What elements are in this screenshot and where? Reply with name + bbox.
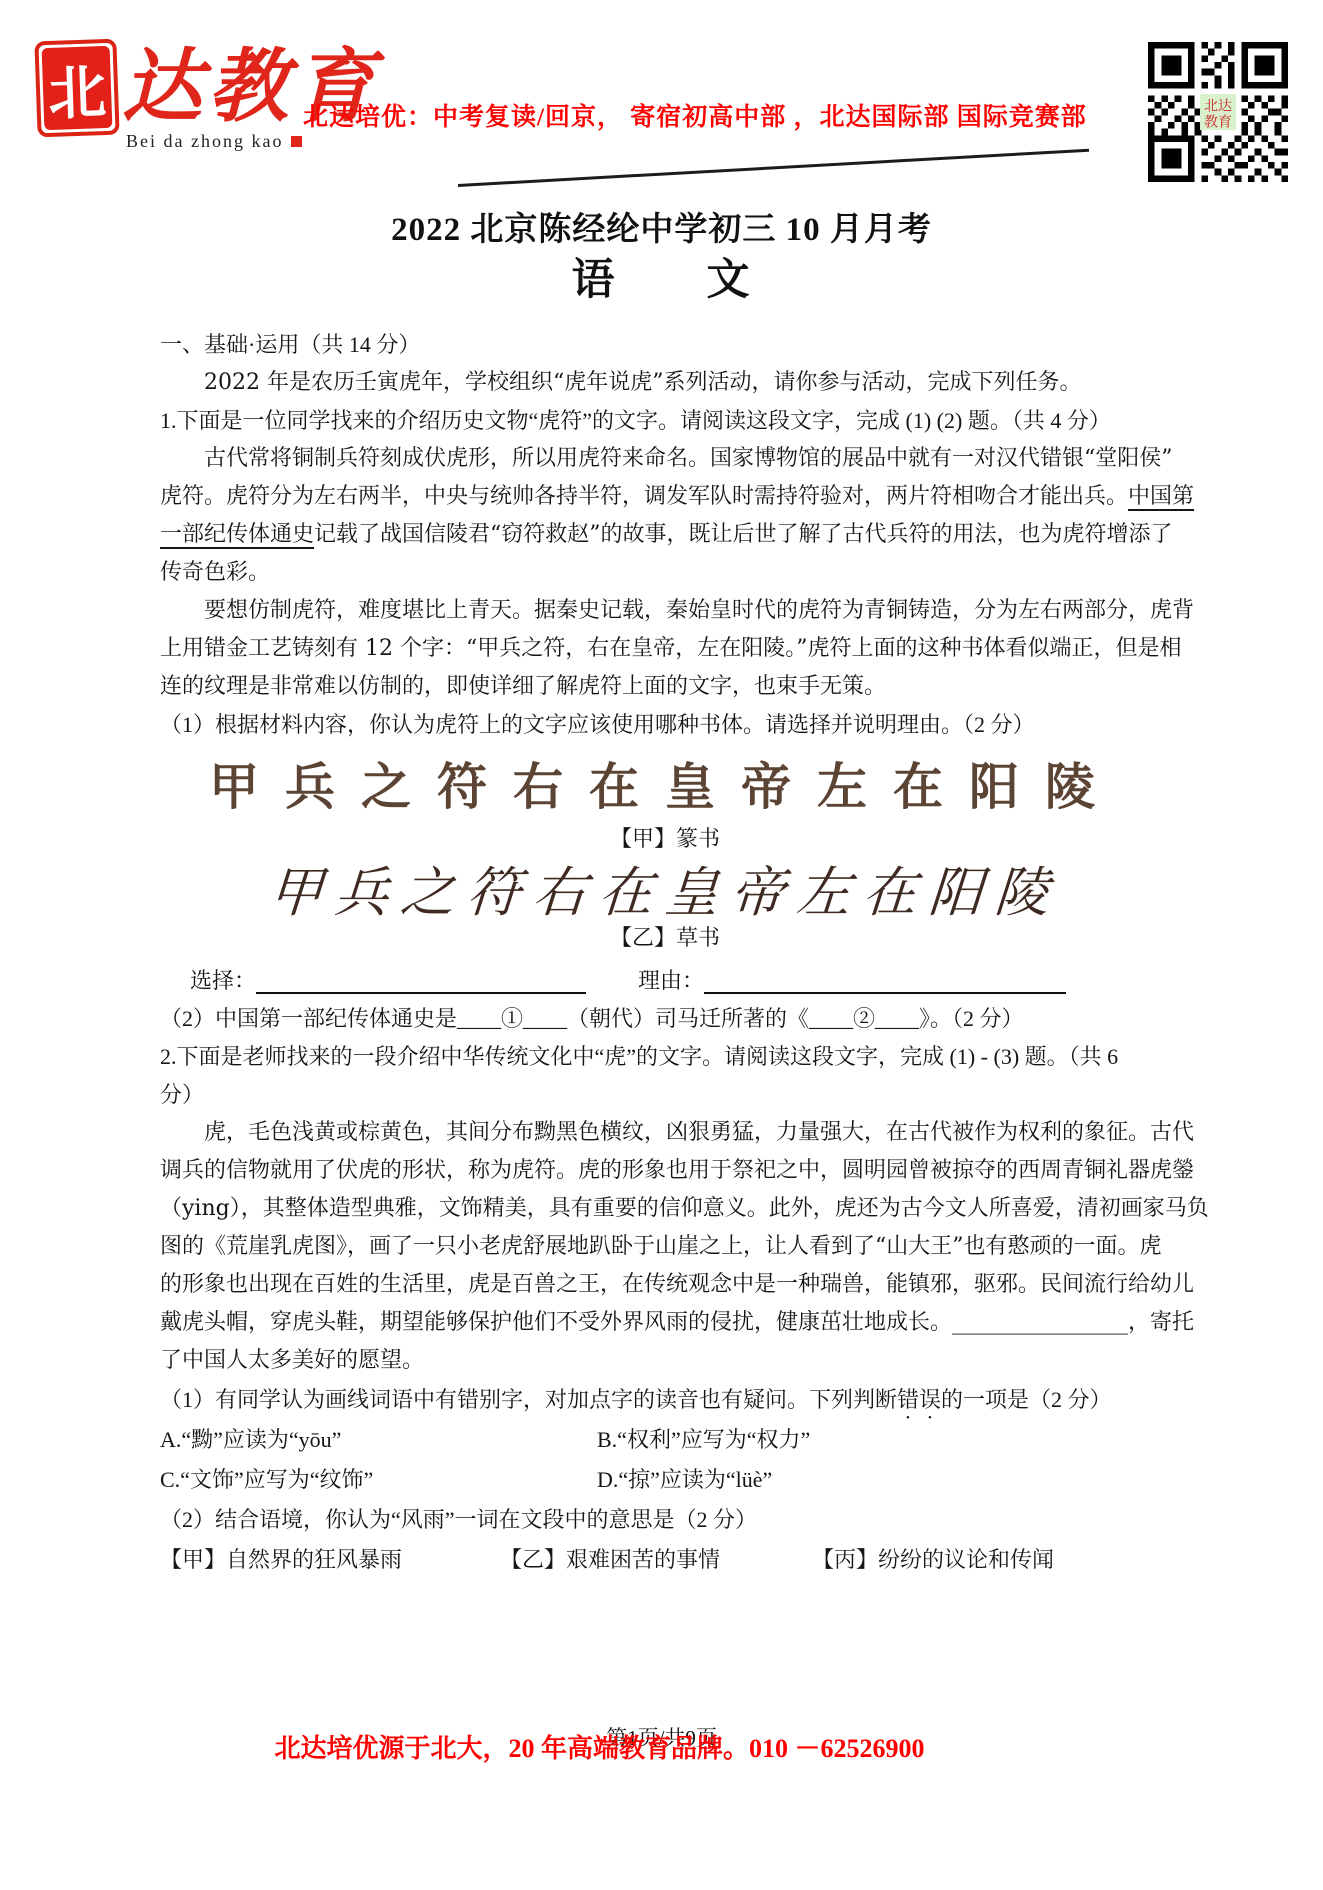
options-row-cd: C.“文饰”应写为“纹饰” D.“掠”应读为“lüè” — [160, 1460, 1170, 1500]
passage2-line: 了中国人太多美好的愿望。 — [160, 1342, 1170, 1380]
option-d: D.“掠”应读为“lüè” — [597, 1460, 772, 1500]
passage1-line: 传奇色彩。 — [160, 554, 1170, 592]
passage1-line: 要想仿制虎符，难度堪比上青天。据秦史记载，秦始皇时代的虎符为青铜铸造，分为左右两… — [160, 592, 1170, 630]
brand-romanized: Bei da zhong kao — [126, 131, 302, 152]
qr-code: 北达 教育 — [1148, 40, 1288, 184]
red-square-icon — [291, 136, 302, 147]
question2-stem-line2: 分） — [160, 1076, 1170, 1114]
exam-body: 一、基础·运用（共 14 分） 2022 年是农历壬寅虎年，学校组织“虎年说虎”… — [160, 326, 1170, 1580]
choices-row: 【甲】自然界的狂风暴雨 【乙】艰难困苦的事情 【丙】纷纷的议论和传闻 — [160, 1540, 1170, 1580]
footer-slogan: 北达培优源于北大，20 年高端教育品牌。010 －62526900 — [274, 1728, 924, 1765]
passage2-line: （ying），其整体造型典雅，文饰精美，具有重要的信仰意义。此外，虎还为古今文人… — [160, 1190, 1170, 1228]
header-divider-line — [458, 149, 1089, 187]
exam-paper-page: 北 达教育 Bei da zhong kao 北达培优：中考复读/回京， 寄宿初… — [0, 0, 1323, 1890]
passage2-line: 调兵的信物就用了伏虎的形状，称为虎符。虎的形象也用于祭祀之中，圆明园曾被掠夺的西… — [160, 1152, 1170, 1190]
question2-sub1: （1）有同学认为画线词语中有错别字，对加点字的读音也有疑问。下列判断错误的一项是… — [160, 1380, 1170, 1420]
brand-romanized-text: Bei da zhong kao — [126, 131, 283, 152]
reason-answer-blank — [704, 970, 1066, 994]
options-row-ab: A.“黝”应读为“yōu” B.“权利”应写为“权力” — [160, 1420, 1170, 1460]
emphasized-word: 错误 — [897, 1387, 941, 1412]
subject-title: 语 文 — [0, 246, 1323, 307]
header-slogan: 北达培优：中考复读/回京， 寄宿初高中部 ，北达国际部 国际竞赛部 — [303, 97, 1087, 133]
option-a: A.“黝”应读为“yōu” — [160, 1420, 597, 1460]
passage1-line: 古代常将铜制兵符刻成伏虎形，所以用虎符来命名。国家博物馆的展品中就有一对汉代错银… — [160, 440, 1170, 478]
qr-center-label-line1: 北达 — [1204, 98, 1232, 115]
question2-stem-line1: 2.下面是老师找来的一段介绍中华传统文化中“虎”的文字。请阅读这段文字，完成 (… — [160, 1038, 1170, 1076]
choose-label: 选择： — [190, 968, 256, 994]
seal-script-image: 甲兵之符右在皇帝左在阳陵 — [160, 744, 1170, 822]
underlined-phrase: 中国第 — [1128, 484, 1194, 509]
passage2-line: 戴虎头帽，穿虎头鞋，期望能够保护他们不受外界风雨的侵扰，健康茁壮地成长。____… — [160, 1304, 1170, 1342]
qr-center-label-line2: 教育 — [1204, 114, 1232, 131]
passage2-line: 的形象也出现在百姓的生活里，虎是百兽之王，在传统观念中是一种瑞兽，能镇邪，驱邪。… — [160, 1266, 1170, 1304]
exam-title: 2022 北京陈经纶中学初三 10 月月考 — [0, 203, 1323, 250]
underlined-phrase: 一部纪传体通史 — [160, 522, 314, 547]
passage1-line: 一部纪传体通史记载了战国信陵君“窃符救赵”的故事，既让后世了解了古代兵符的用法，… — [160, 516, 1170, 554]
passage1-line: 上用错金工艺铸刻有 12 个字：“甲兵之符，右在皇帝，左在阳陵。”虎符上面的这种… — [160, 630, 1170, 668]
passage1-line: 连的纹理是非常难以仿制的，即使详细了解虎符上面的文字，也束手无策。 — [160, 668, 1170, 706]
choice-bing: 【丙】纷纷的议论和传闻 — [812, 1540, 1054, 1580]
choice-jia: 【甲】自然界的狂风暴雨 — [160, 1540, 500, 1580]
choose-answer-blank — [256, 970, 586, 994]
stamp-character: 北 — [42, 46, 113, 130]
passage2-line: 图的《荒崖乳虎图》，画了一只小老虎舒展地趴卧于山崖之上，让人看到了“山大王”也有… — [160, 1228, 1170, 1266]
option-b: B.“权利”应写为“权力” — [597, 1420, 810, 1460]
reason-label: 理由： — [638, 968, 704, 994]
section1-heading: 一、基础·运用（共 14 分） — [160, 326, 1170, 364]
answer-blanks-row: 选择： 理由： — [160, 954, 1170, 1000]
choice-yi: 【乙】艰难困苦的事情 — [500, 1540, 812, 1580]
passage2-line: 虎，毛色浅黄或棕黄色，其间分布黝黑色横纹，凶狠勇猛，力量强大，在古代被作为权利的… — [160, 1114, 1170, 1152]
passage1-line: 虎符。虎符分为左右两半，中央与统帅各持半符，调发军队时需持符验对，两片符相吻合才… — [160, 478, 1170, 516]
brand-seal-stamp-icon: 北 — [34, 39, 119, 138]
question1-sub1: （1）根据材料内容，你认为虎符上的文字应该使用哪种书体。请选择并说明理由。（2 … — [160, 706, 1170, 744]
section1-intro: 2022 年是农历壬寅虎年，学校组织“虎年说虎”系列活动，请你参与活动，完成下列… — [160, 364, 1170, 402]
question2-sub2: （2）结合语境，你认为“风雨”一词在文段中的意思是（2 分） — [160, 1500, 1170, 1540]
cursive-script-image: 甲兵之符右在皇帝左在阳陵 — [158, 855, 1173, 921]
question1-stem: 1.下面是一位同学找来的介绍历史文物“虎符”的文字。请阅读这段文字，完成 (1)… — [160, 402, 1170, 440]
option-c: C.“文饰”应写为“纹饰” — [160, 1460, 597, 1500]
question1-sub2: （2）中国第一部纪传体通史是____①____（朝代）司马迁所著的《____②_… — [160, 1000, 1170, 1038]
